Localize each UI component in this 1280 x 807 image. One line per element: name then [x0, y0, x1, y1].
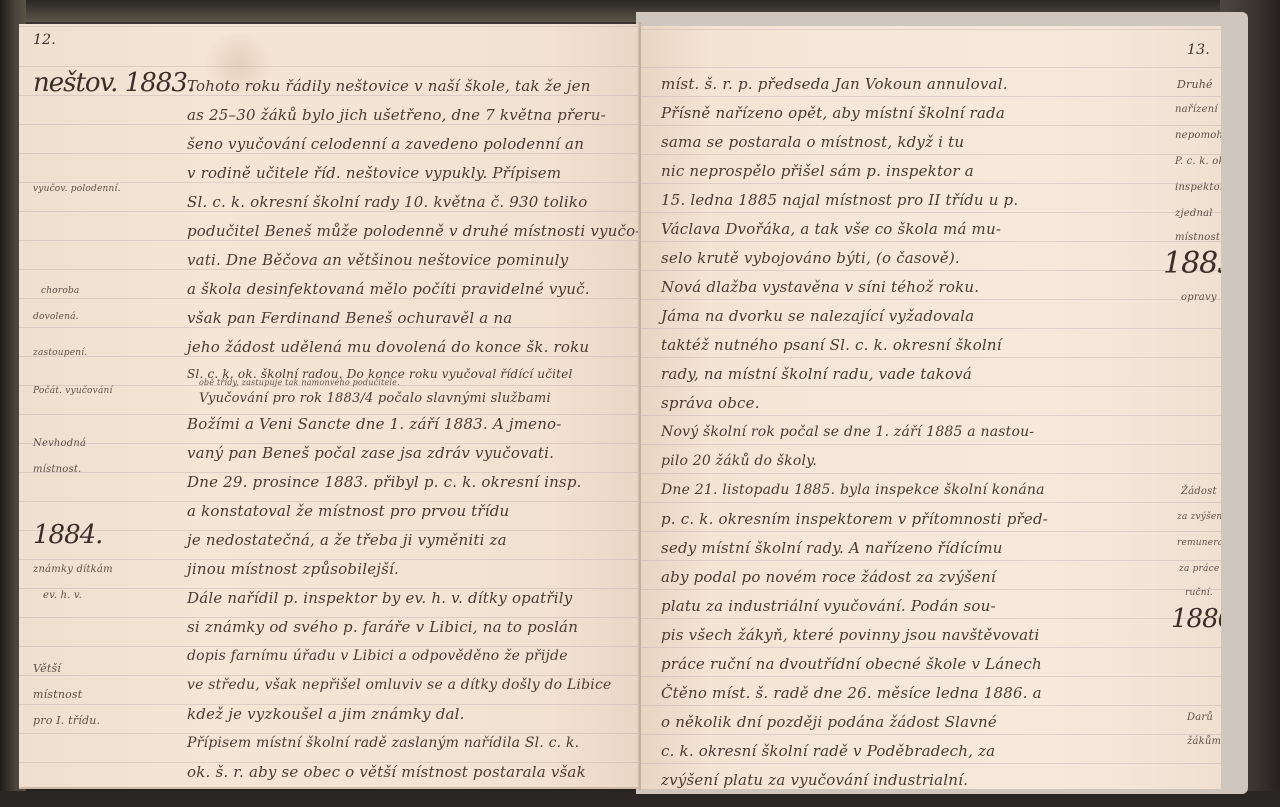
margin-note: známky dítkám: [33, 564, 113, 575]
text-line: míst. š. r. p. předseda Jan Vokoun annul…: [661, 70, 1008, 99]
margin-note: ev. h. v.: [43, 590, 82, 601]
margin-note: vyučov. polodenní.: [33, 184, 121, 194]
text-line: jinou místnost způsobilejší.: [187, 555, 399, 584]
margin-note: žákům: [1187, 736, 1221, 747]
text-line: selo krutě vybojováno býti, (o časově).: [661, 244, 960, 273]
text-line: zvýšení platu za vyučování industrialní.: [661, 766, 968, 789]
page-number: 13.: [1187, 42, 1210, 58]
margin-year-1883: neštov. 1883.: [33, 68, 194, 98]
margin-note: remunerace: [1177, 538, 1221, 548]
text-line: pilo 20 žáků do školy.: [661, 447, 817, 476]
text-line: Dne 29. prosince 1883. přibyl p. c. k. o…: [187, 468, 582, 497]
text-line: si známky od svého p. faráře v Libici, n…: [187, 613, 578, 642]
text-line: vati. Dne Běčova an většinou neštovice p…: [187, 246, 568, 275]
margin-note: P. c. k. okr.: [1175, 156, 1221, 167]
text-line: Přípisem místní školní radě zaslaným nař…: [187, 729, 579, 758]
text-line: platu za industriální vyučování. Podán s…: [661, 592, 996, 621]
left-page: 12. neštov. 1883. vyučov. polodenní. cho…: [19, 24, 639, 789]
margin-note: místnost.: [1175, 232, 1221, 243]
text-line: c. k. okresní školní radě v Poděbradech,…: [661, 737, 995, 766]
page-number: 12.: [33, 32, 56, 48]
text-line: Dále nařídil p. inspektor by ev. h. v. d…: [187, 584, 572, 613]
right-page: 13. Druhé nařízení nepomohlo P. c. k. ok…: [641, 26, 1221, 789]
margin-year-1885: 1885.: [1163, 246, 1221, 281]
margin-note: dovolená.: [33, 312, 79, 322]
text-line: rady, na místní školní radu, vade taková: [661, 360, 972, 389]
margin-note: ruční.: [1185, 588, 1213, 598]
margin-note: Žádost: [1181, 486, 1217, 497]
text-line: Nová dlažba vystavěna v síni téhož roku.: [661, 273, 979, 302]
margin-note: Větší: [33, 662, 61, 675]
margin-note: místnost.: [33, 464, 81, 475]
margin-note: nepomohlo: [1175, 130, 1221, 141]
margin-note: zjednal: [1175, 208, 1213, 219]
margin-year-1884: 1884.: [33, 520, 102, 550]
text-line: Sl. c. k. okresní školní rady 10. května…: [187, 188, 587, 217]
text-line: ve středu, však nepřišel omluviv se a dí…: [187, 671, 611, 700]
text-line: Božími a Veni Sancte dne 1. září 1883. A…: [187, 410, 562, 439]
text-line: a škola desinfektovaná mělo počíti pravi…: [187, 275, 590, 304]
text-line: p. c. k. okresním inspektorem v přítomno…: [661, 505, 1048, 534]
margin-note: pro I. třídu.: [33, 714, 100, 727]
text-line: o několik dní později podána žádost Slav…: [661, 708, 997, 737]
text-line: kdež je vyzkoušel a jim známky dal.: [187, 700, 465, 729]
text-line: Čtěno míst. š. radě dne 26. měsíce ledna…: [661, 679, 1042, 708]
margin-note: místnost: [33, 688, 82, 701]
margin-year-1886: 1886.: [1171, 604, 1221, 634]
margin-note: Darů: [1187, 712, 1213, 723]
margin-note: Nevhodná: [33, 438, 86, 449]
margin-note: choroba: [41, 286, 80, 296]
margin-note: inspektor: [1175, 182, 1221, 193]
margin-note: za práce: [1179, 564, 1219, 574]
margin-note: Druhé: [1177, 78, 1213, 91]
margin-note: opravy: [1181, 292, 1217, 303]
text-line: Nový školní rok počal se dne 1. září 188…: [661, 418, 1034, 447]
text-line: a konstatoval že místnost pro prvou tříd…: [187, 497, 509, 526]
text-line: nic neprospělo přišel sám p. inspektor a: [661, 157, 974, 186]
text-line: aby podal po novém roce žádost za zvýšen…: [661, 563, 996, 592]
text-line: šeno vyučování celodenní a zavedeno polo…: [187, 130, 584, 159]
text-line: práce ruční na dvoutřídní obecné škole v…: [661, 650, 1042, 679]
text-line: v rodině učitele říd. neštovice vypukly.…: [187, 159, 561, 188]
text-line: je nedostatečná, a že třeba ji vyměniti …: [187, 526, 507, 555]
text-line: dopis farnímu úřadu v Libici a odpověděn…: [187, 642, 568, 671]
text-line: Václava Dvořáka, a tak vše co škola má m…: [661, 215, 1001, 244]
text-line: pis všech žákyň, které povinny jsou navš…: [661, 621, 1039, 650]
text-line: vaný pan Beneš počal zase jsa zdráv vyuč…: [187, 439, 554, 468]
text-line: správa obce.: [661, 389, 760, 418]
text-line: sama se postarala o místnost, když i tu: [661, 128, 964, 157]
text-line: Dne 21. listopadu 1885. byla inspekce šk…: [661, 476, 1045, 505]
text-line: sedy místní školní rady. A nařízeno řídí…: [661, 534, 1003, 563]
margin-note: Počát. vyučování: [33, 386, 113, 396]
margin-note: za zvýšení: [1177, 512, 1221, 522]
margin-note: zastoupení.: [33, 348, 87, 358]
text-line: Tohoto roku řádily neštovice v naší škol…: [187, 72, 591, 101]
text-line: Jáma na dvorku se nalezající vyžadovala: [661, 302, 974, 331]
text-line: 15. ledna 1885 najal místnost pro II tří…: [661, 186, 1018, 215]
text-line: podučitel Beneš může polodenně v druhé m…: [187, 217, 639, 246]
text-line: však pan Ferdinand Beneš ochuravěl a na: [187, 304, 512, 333]
text-line: Vyučování pro rok 1883/4 počalo slavnými…: [199, 384, 551, 413]
text-line: ok. š. r. aby se obec o větší místnost p…: [187, 758, 586, 787]
text-line: taktéž nutného psaní Sl. c. k. okresní š…: [661, 331, 1002, 360]
text-line: Přísně nařízeno opět, aby místní školní …: [661, 99, 1005, 128]
margin-note: nařízení: [1175, 104, 1218, 115]
text-line: as 25–30 žáků bylo jich ušetřeno, dne 7 …: [187, 101, 606, 130]
text-line: jeho žádost udělená mu dovolená do konce…: [187, 333, 589, 362]
